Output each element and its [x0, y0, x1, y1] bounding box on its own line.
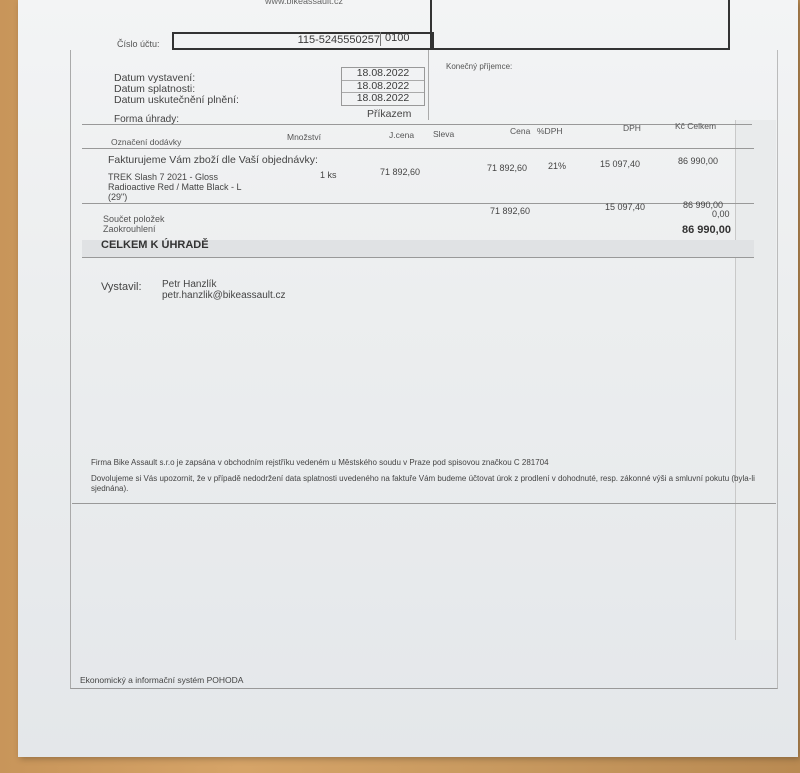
divider [72, 503, 776, 504]
software-credit: Ekonomický a informační systém POHODA [80, 675, 243, 685]
sum-label: Součet položek [103, 214, 165, 224]
sum-price: 71 892,60 [490, 206, 530, 216]
account-box: 115-5245550257 0100 [172, 32, 434, 50]
grand-total-label: CELKEM K ÚHRADĚ [101, 239, 209, 251]
bank-code: 0100 [380, 32, 409, 46]
item-quantity: 1 ks [320, 170, 337, 180]
issuer-email: petr.hanzlik@bikeassault.cz [162, 290, 286, 301]
invoice-intro: Fakturujeme Vám zboží dle Vaší objednávk… [108, 154, 318, 166]
divider [428, 50, 429, 120]
issuer-label: Vystavil: [101, 281, 142, 293]
col-quantity: Množství [287, 132, 321, 142]
col-total: Kč Celkem [675, 121, 716, 131]
rounding-label: Zaokrouhlení [103, 224, 156, 234]
divider [82, 203, 754, 204]
col-unit-price: J.cena [389, 130, 414, 140]
item-price: 71 892,60 [487, 163, 527, 173]
company-website: www.bikeassault.cz [265, 0, 343, 6]
date-labels: Datum vystavení: Datum splatnosti: Datum… [114, 73, 239, 106]
issuer-info: Petr Hanzlík petr.hanzlik@bikeassault.cz [162, 279, 286, 301]
col-description: Označení dodávky [111, 137, 181, 147]
taxable-date: 18.08.2022 [342, 93, 424, 105]
registry-note: Firma Bike Assault s.r.o je zapsána v ob… [91, 458, 549, 467]
item-total: 86 990,00 [678, 156, 718, 166]
divider [82, 148, 754, 149]
payment-method-value: Příkazem [367, 108, 411, 120]
account-number: 115-5245550257 [298, 34, 380, 46]
item-vat-rate: 21% [548, 161, 566, 171]
col-price: Cena [510, 126, 530, 136]
final-recipient-label: Konečný příjemce: [446, 62, 512, 71]
divider [82, 257, 754, 258]
grand-total-value: 86 990,00 [682, 224, 731, 236]
item-vat: 15 097,40 [600, 159, 640, 169]
item-unit-price: 71 892,60 [380, 167, 420, 177]
taxable-date-label: Datum uskutečnění plnění: [114, 95, 239, 106]
account-label: Číslo účtu: [117, 39, 160, 49]
col-discount: Sleva [433, 129, 454, 139]
recipient-address-box [430, 0, 730, 50]
divider [82, 124, 752, 125]
rounding-value: 0,00 [712, 209, 730, 219]
item-description: TREK Slash 7 2021 - Gloss Radioactive Re… [108, 172, 242, 202]
col-vat-rate: %DPH [537, 126, 563, 136]
date-values: 18.08.2022 18.08.2022 18.08.2022 [341, 67, 425, 106]
col-vat: DPH [623, 123, 641, 133]
sum-vat: 15 097,40 [605, 202, 645, 212]
issue-date: 18.08.2022 [342, 68, 424, 81]
late-payment-notice: Dovolujeme si Vás upozornit, že v případ… [91, 474, 761, 494]
issuer-name: Petr Hanzlík [162, 279, 286, 290]
